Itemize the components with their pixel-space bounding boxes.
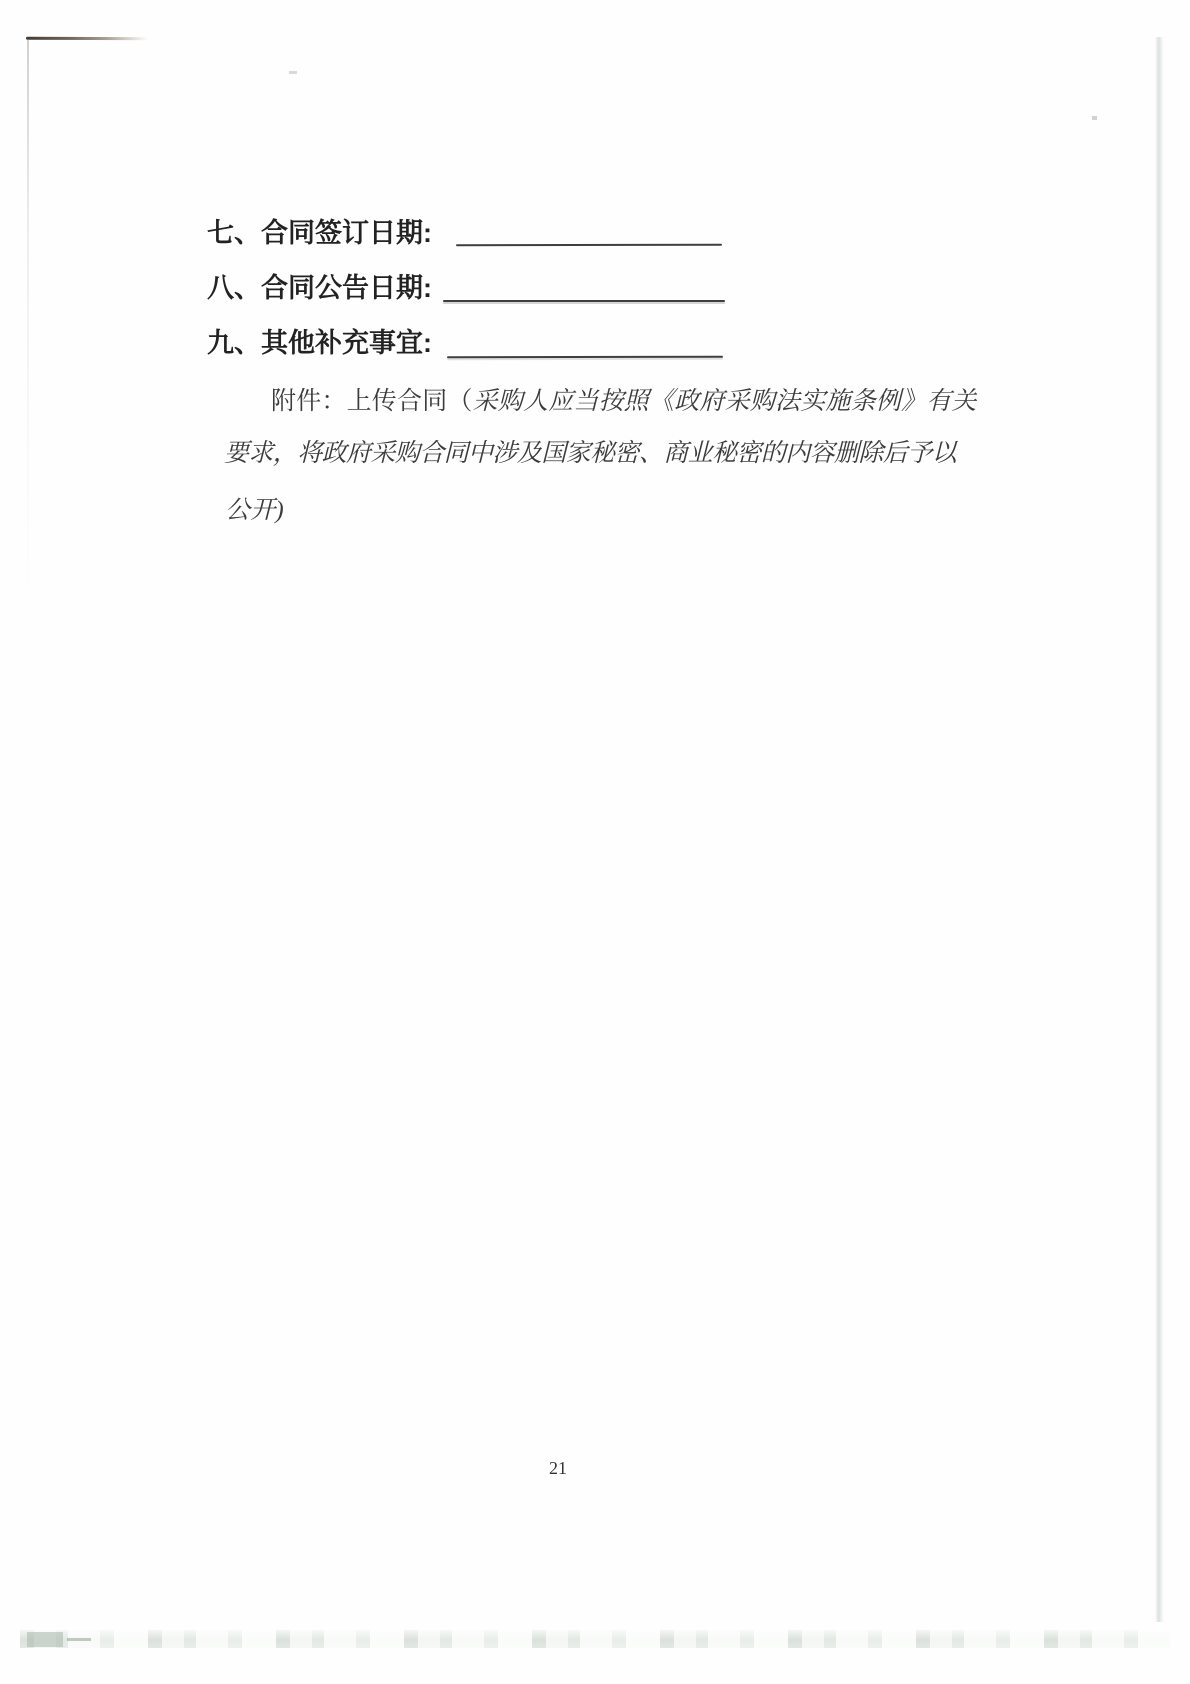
- item-contract-sign-date-label: 七、合同签订日期:: [207, 219, 432, 247]
- attachment-note-prefix: 附件：上传合同（: [271, 388, 473, 415]
- scan-speck: [1092, 116, 1097, 120]
- attachment-note-line-1: 附件：上传合同（采购人应当按照《政府采购法实施条例》有关: [271, 388, 977, 416]
- bottom-left-smudge: [27, 1632, 63, 1647]
- contract-announce-date-blank-line: [443, 300, 725, 302]
- scanned-document-page: 七、合同签订日期: 八、合同公告日期: 九、其他补充事宜: 附件：上传合同（采购…: [0, 0, 1190, 1684]
- page-number: 21: [538, 1458, 578, 1478]
- page-right-edge-artifact: [1155, 37, 1164, 1622]
- other-supplementary-blank-line: [447, 356, 723, 358]
- page-bottom-edge-artifact: [20, 1630, 1170, 1648]
- item-other-supplementary-label: 九、其他补充事宜:: [207, 329, 432, 357]
- contract-sign-date-blank-line: [456, 244, 722, 246]
- attachment-note-line-2: 要求，将政府采购合同中涉及国家秘密、商业秘密的内容删除后予以: [224, 440, 956, 468]
- attachment-note-line-3: 公开): [225, 497, 284, 525]
- item-contract-announce-date-label: 八、合同公告日期:: [207, 274, 432, 302]
- scan-speck: [289, 71, 297, 74]
- page-top-edge-artifact: [26, 37, 148, 40]
- page-left-edge-artifact: [27, 40, 29, 600]
- attachment-note-italic-1: 采购人应当按照《政府采购法实施条例》有关: [473, 388, 977, 415]
